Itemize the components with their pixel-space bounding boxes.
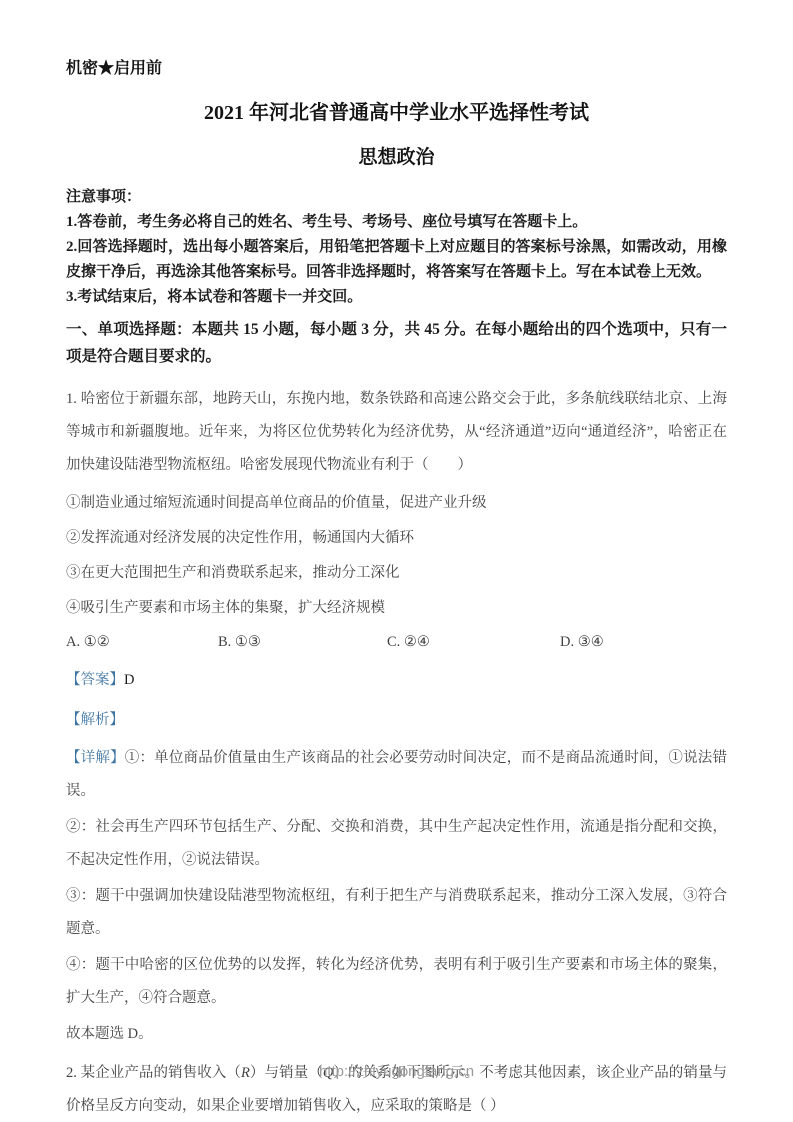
option-b: B. ①③	[218, 634, 387, 651]
exam-subject: 思想政治	[66, 142, 727, 169]
answer-line: 【答案】D	[66, 668, 727, 689]
detail-paragraph-4: ④：题干中哈密的区位优势的以发挥，转化为经济优势，表明有利于吸引生产要素和市场主…	[66, 949, 727, 1015]
question-1-options: A. ①② B. ①③ C. ②④ D. ③④	[66, 634, 727, 651]
statement-4: ④吸引生产要素和市场主体的集聚，扩大经济规模	[66, 591, 727, 626]
section-heading: 一、单项选择题：本题共 15 小题，每小题 3 分，共 45 分。在每小题给出的…	[66, 316, 727, 370]
conclusion-line: 故本题选 D。	[66, 1018, 727, 1051]
statement-3: ③在更大范围把生产和消费联系起来，推动分工深化	[66, 556, 727, 591]
explanation-section: 【详解】①：单位商品价值量由生产该商品的社会必要劳动时间决定，而不是商品流通时间…	[66, 742, 727, 1051]
question-1-stem: 1. 哈密位于新疆东部，地跨天山，东挽内地，数条铁路和高速公路交会于此，多条航线…	[66, 383, 727, 482]
detail-paragraph-2: ②：社会再生产四环节包括生产、分配、交换和消费，其中生产起决定性作用，流通是指分…	[66, 811, 727, 877]
notice-item: 1.答卷前，考生务必将自己的姓名、考生号、考场号、座位号填写在答题卡上。	[66, 210, 727, 235]
answer-tag: 【答案】	[66, 672, 124, 688]
option-a: A. ①②	[66, 634, 218, 651]
answer-value: D	[124, 672, 134, 688]
detail-text-1: ①：单位商品价值量由生产该商品的社会必要劳动时间决定，而不是商品流通时间，①说法…	[66, 750, 727, 799]
exam-paper-page: 机密★启用前 2021 年河北省普通高中学业水平选择性考试 思想政治 注意事项：…	[0, 0, 793, 1122]
statement-2: ②发挥流通对经济发展的决定性作用，畅通国内大循环	[66, 521, 727, 556]
notice-item: 3.考试结束后，将本试卷和答题卡一并交回。	[66, 285, 727, 310]
classification-label: 机密★启用前	[66, 55, 727, 78]
analysis-tag: 【解析】	[66, 712, 124, 728]
question-1-statements: ①制造业通过缩短流通时间提高单位商品的价值量，促进产业升级 ②发挥流通对经济发展…	[66, 486, 727, 626]
watermark-url: http://zhiyugongfang.cn	[0, 1063, 793, 1080]
notice-heading: 注意事项：	[66, 185, 727, 210]
option-c: C. ②④	[387, 634, 560, 651]
exam-title: 2021 年河北省普通高中学业水平选择性考试	[66, 96, 727, 125]
analysis-line: 【解析】	[66, 708, 727, 729]
option-d: D. ③④	[560, 634, 727, 651]
detail-paragraph-3: ③：题干中强调加快建设陆港型物流枢纽，有利于把生产与消费联系起来，推动分工深入发…	[66, 880, 727, 946]
notice-section: 注意事项： 1.答卷前，考生务必将自己的姓名、考生号、考场号、座位号填写在答题卡…	[66, 185, 727, 310]
notice-item: 2.回答选择题时，选出每小题答案后，用铅笔把答题卡上对应题目的答案标号涂黑，如需…	[66, 235, 727, 285]
detail-paragraph-1: 【详解】①：单位商品价值量由生产该商品的社会必要劳动时间决定，而不是商品流通时间…	[66, 742, 727, 808]
detail-tag: 【详解】	[66, 750, 125, 766]
statement-1: ①制造业通过缩短流通时间提高单位商品的价值量，促进产业升级	[66, 486, 727, 521]
